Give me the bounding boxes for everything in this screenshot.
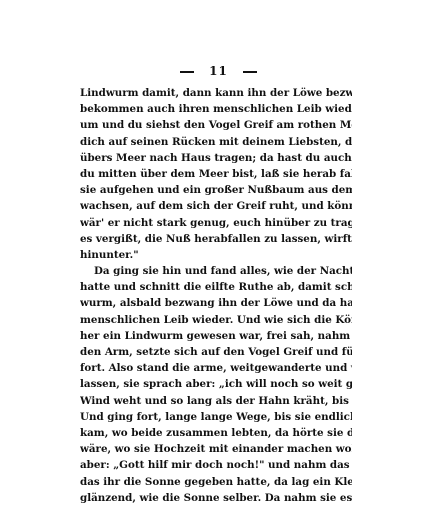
text-line: Und ging fort, lange lange Wege, bis sie… [80, 409, 352, 425]
text-line: fort. Also stand die arme, weitgewandert… [80, 360, 352, 376]
page-number: 11 [209, 64, 228, 78]
text-line: hinunter." [80, 247, 352, 263]
text-line: menschlichen Leib wieder. Und wie sich d… [80, 312, 352, 328]
paragraph-start-line: Da ging sie hin und fand alles, wie der … [80, 263, 352, 279]
text-line: kam, wo beide zusammen lebten, da hörte … [80, 425, 352, 441]
book-page: 11 Lindwurm damit, dann kann ihn der Löw… [0, 0, 437, 512]
header-dash-right [243, 71, 257, 73]
text-line: her ein Lindwurm gewesen war, frei sah, … [80, 328, 352, 344]
text-line: aber: „Gott hilf mir doch noch!" und nah… [80, 457, 352, 473]
text-line: übers Meer nach Haus tragen; da hast du … [80, 150, 352, 166]
text-line: um und du siehst den Vogel Greif am roth… [80, 117, 352, 133]
text-line: das ihr die Sonne gegeben hatte, da lag … [80, 474, 352, 490]
text-line: wäre, wo sie Hochzeit mit einander mache… [80, 441, 352, 457]
text-line: wachsen, auf dem sich der Greif ruht, un… [80, 198, 352, 214]
text-line: den Arm, setzte sich auf den Vogel Greif… [80, 344, 352, 360]
text-line: lassen, sie sprach aber: „ich will noch … [80, 376, 352, 392]
text-line: es vergißt, die Nuß herabfallen zu lasse… [80, 231, 352, 247]
text-line: Wind weht und so lang als der Hahn kräht… [80, 393, 352, 409]
text-line: Lindwurm damit, dann kann ihn der Löwe b… [80, 85, 352, 101]
text-line: bekommen auch ihren menschlichen Leib wi… [80, 101, 352, 117]
page-header: 11 [0, 64, 437, 78]
page-body-text: Lindwurm damit, dann kann ihn der Löwe b… [80, 85, 352, 506]
text-line: wär' er nicht stark genug, euch hinüber … [80, 215, 352, 231]
text-line: glänzend, wie die Sonne selber. Da nahm … [80, 490, 352, 506]
text-line: hatte und schnitt die eilfte Ruthe ab, d… [80, 279, 352, 295]
text-line: dich auf seinen Rücken mit deinem Liebst… [80, 134, 352, 150]
header-dash-left [180, 71, 194, 73]
text-line: sie aufgehen und ein großer Nußbaum aus … [80, 182, 352, 198]
text-line: wurm, alsbald bezwang ihn der Löwe und d… [80, 295, 352, 311]
text-line: du mitten über dem Meer bist, laß sie he… [80, 166, 352, 182]
